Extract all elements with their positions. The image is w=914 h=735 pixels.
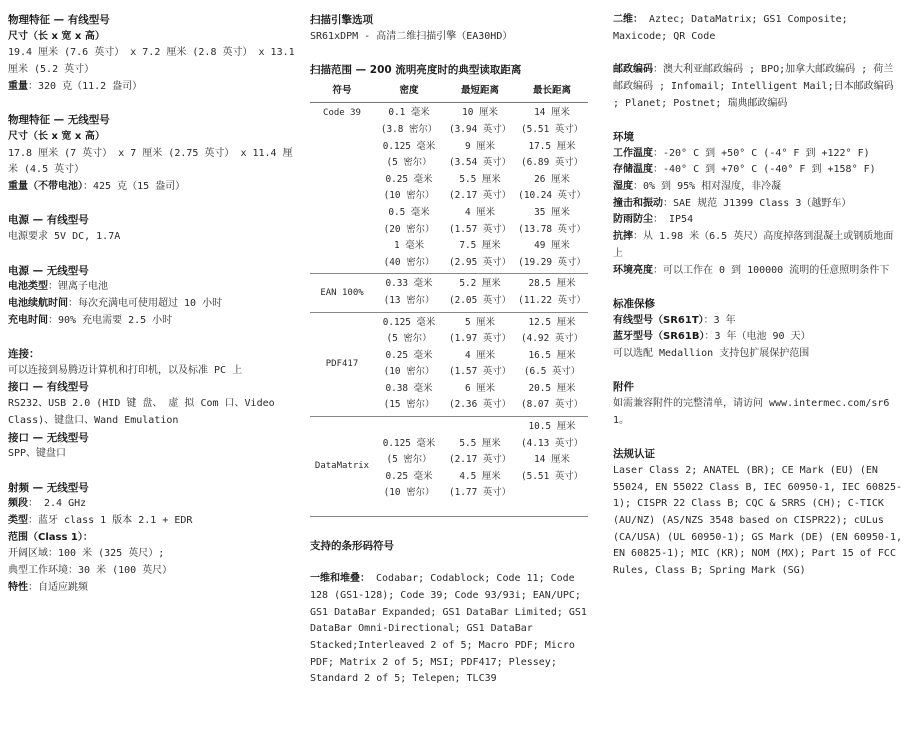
max-cell: 10.5 厘米 (516, 417, 588, 436)
min-cell: 4 厘米 (444, 348, 516, 365)
band-label: 频段 (8, 498, 28, 509)
density-cell: 0.125 毫米 (374, 312, 444, 331)
warranty-bt-label: 蓝牙型号（SR61B） (613, 331, 704, 342)
weight-value: ：320 克（11.2 盎司） (28, 81, 142, 92)
density-cell: 0.1 毫米 (374, 103, 444, 122)
symbol-cell: EAN 100% (310, 274, 374, 312)
weight-value: ：425 克（15 盎司） (83, 181, 185, 192)
min-cell: 9 厘米 (444, 139, 516, 156)
min-cell: 10 厘米 (444, 103, 516, 122)
humidity-value: ：0% 到 95% 相对湿度，非冷凝 (633, 181, 781, 192)
band-line: 频段： 2.4 GHz (8, 496, 298, 513)
max-cell: 12.5 厘米 (516, 312, 588, 331)
storage-temp-label: 存储温度 (613, 164, 653, 175)
symbol-cell: PDF417 (310, 312, 374, 417)
op-temp-label: 工作温度 (613, 148, 653, 159)
table-row: (5 密尔） (3.54 英寸） (6.89 英寸） (310, 155, 588, 172)
min-cell: 7.5 厘米 (444, 238, 516, 255)
ambient-light-line: 环境亮度：可以工作在 0 到 100000 流明的任意照明条件下 (613, 263, 903, 280)
density-cell: 0.125 毫米 (374, 139, 444, 156)
min-cell: 5 厘米 (444, 312, 516, 331)
column-middle: 扫描引擎选项 SR61xDPM - 高清二维扫描引擎（EA30HD） 扫描范围 … (310, 12, 590, 688)
table-row: DataMatrix 0.125 毫米 5.5 厘米 10.5 厘米 (310, 417, 588, 436)
density-cell: (3.8 密尔） (374, 122, 444, 139)
ambient-light-value: ：可以工作在 0 到 100000 流明的任意照明条件下 (653, 265, 889, 276)
density-cell: (5 密尔） (374, 331, 444, 348)
weight-label: 重量（不带电池） (8, 181, 83, 192)
max-cell: 14 厘米 (516, 103, 588, 122)
section-title-engine: 扫描引擎选项 (310, 12, 590, 29)
min-cell: 4.5 厘米 (444, 469, 516, 486)
min-cell: (2.36 英寸） (444, 397, 516, 416)
density-cell: 0.125 毫米 (374, 417, 444, 453)
min-cell: (1.77 英寸） (444, 485, 516, 516)
density-cell: 1 毫米 (374, 238, 444, 255)
min-cell: (1.57 英寸） (444, 222, 516, 239)
storage-temp-value: ：-40° C 到 +70° C (-40° F 到 +158° F) (653, 164, 876, 175)
max-cell: (13.78 英寸） (516, 222, 588, 239)
warranty-bt-line: 蓝牙型号（SR61B）：3 年（电池 90 天） (613, 329, 903, 346)
accessories-text: 如需兼容附件的完整清单，请访问 www.intermec.com/sr61。 (613, 396, 903, 429)
table-row: (40 密尔） (2.95 英寸） (19.29 英寸） (310, 255, 588, 274)
section-title-symbologies: 支持的条形码符号 (310, 538, 590, 555)
min-cell: (3.54 英寸） (444, 155, 516, 172)
min-cell: (1.97 英寸） (444, 331, 516, 348)
table-row: EAN 100% 0.33 毫米 5.2 厘米 28.5 厘米 (310, 274, 588, 293)
drop-label: 抗摔 (613, 231, 633, 242)
humidity-line: 湿度：0% 到 95% 相对湿度，非冷凝 (613, 179, 903, 196)
section-title-warranty: 标准保修 (613, 296, 903, 313)
shock-line: 撞击和振动：SAE 规范 J1399 Class 3（越野车） (613, 196, 903, 213)
max-cell: (19.29 英寸） (516, 255, 588, 274)
min-cell: (2.17 英寸） (444, 452, 516, 469)
max-cell: (4.13 英寸） (516, 436, 588, 453)
sealing-label: 防雨防尘 (613, 214, 653, 225)
density-cell: 0.33 毫米 (374, 274, 444, 293)
engine-text: SR61xDPM - 高清二维扫描引擎（EA30HD） (310, 29, 590, 46)
charge-time-value: ：90% 充电需要 2.5 小时 (48, 315, 172, 326)
interface-wireless-text: SPP、键盘口 (8, 446, 298, 463)
drop-value: ：从 1.98 米（6.5 英尺）高度掉落到混凝土或钢质地面上 (613, 231, 893, 259)
max-cell: (11.22 英寸） (516, 293, 588, 312)
ambient-light-label: 环境亮度 (613, 265, 653, 276)
max-cell: (8.07 英寸） (516, 397, 588, 416)
table-row: (10 密尔） (2.17 英寸） (10.24 英寸） (310, 188, 588, 205)
header-symbol: 符号 (310, 81, 374, 103)
symbol-cell: DataMatrix (310, 417, 374, 517)
min-cell: 5.2 厘米 (444, 274, 516, 293)
battery-life-value: ：每次充满电可使用超过 10 小时 (68, 298, 222, 309)
charge-time-line: 充电时间：90% 充电需要 2.5 小时 (8, 313, 298, 330)
density-cell: 0.25 毫米 (374, 172, 444, 189)
section-title-connect: 连接： (8, 346, 298, 363)
max-cell: 49 厘米 (516, 238, 588, 255)
max-cell: 16.5 厘米 (516, 348, 588, 365)
max-cell: 28.5 厘米 (516, 274, 588, 293)
op-temp-line: 工作温度：-20° C 到 +50° C (-4° F 到 +122° F) (613, 146, 903, 163)
dimensions-label: 尺寸（长 x 宽 x 高） (8, 129, 298, 146)
max-cell: 35 厘米 (516, 205, 588, 222)
battery-type-line: 电池类型：锂离子电池 (8, 279, 298, 296)
density-cell: 0.38 毫米 (374, 381, 444, 398)
table-row: (3.8 密尔） (3.94 英寸） (5.51 英寸） (310, 122, 588, 139)
density-cell: 0.25 毫米 (374, 469, 444, 486)
max-cell: 26 厘米 (516, 172, 588, 189)
density-cell: 0.25 毫米 (374, 348, 444, 365)
density-cell: (20 密尔） (374, 222, 444, 239)
max-cell: 17.5 厘米 (516, 139, 588, 156)
column-left: 物理特征 — 有线型号 尺寸（长 x 宽 x 高） 19.4 厘米 (7.6 英… (8, 12, 298, 597)
interface-wired-title: 接口 — 有线型号 (8, 379, 298, 396)
density-cell: (10 密尔） (374, 364, 444, 381)
density-cell: (40 密尔） (374, 255, 444, 274)
min-cell: (2.95 英寸） (444, 255, 516, 274)
section-title-environment: 环境 (613, 129, 903, 146)
min-cell: 4 厘米 (444, 205, 516, 222)
min-cell: 5.5 厘米 (444, 172, 516, 189)
max-cell: (6.5 英寸） (516, 364, 588, 381)
min-cell: (2.05 英寸） (444, 293, 516, 312)
regulatory-text: Laser Class 2; ANATEL (BR); CE Mark (EU)… (613, 463, 903, 580)
table-row: 1 毫米 7.5 厘米 49 厘米 (310, 238, 588, 255)
twod-symbologies: 二维： Aztec; DataMatrix; GS1 Composite; Ma… (613, 12, 903, 45)
max-cell: (10.24 英寸） (516, 188, 588, 205)
range-open-area: 开阔区域：100 米 (325 英尺）; (8, 546, 298, 563)
max-cell: (6.89 英寸） (516, 155, 588, 172)
max-cell: (4.92 英寸） (516, 331, 588, 348)
max-cell: (5.51 英寸） (516, 469, 588, 517)
column-right: 二维： Aztec; DataMatrix; GS1 Composite; Ma… (613, 12, 903, 580)
battery-type-value: ：锂离子电池 (48, 281, 108, 292)
shock-label: 撞击和振动 (613, 198, 663, 209)
warranty-wired-line: 有线型号（SR61T）：3 年 (613, 313, 903, 330)
dimensions-value: 17.8 厘米 (7 英寸） x 7 厘米 (2.75 英寸） x 11.4 厘… (8, 146, 298, 179)
band-value: ： 2.4 GHz (28, 498, 86, 509)
section-title-phys-wireless: 物理特征 — 无线型号 (8, 112, 298, 129)
feature-label: 特性 (8, 582, 28, 593)
rf-type-line: 类型：蓝牙 class 1 版本 2.1 + EDR (8, 513, 298, 530)
table-row: 0.5 毫米 4 厘米 35 厘米 (310, 205, 588, 222)
section-title-accessories: 附件 (613, 379, 903, 396)
warranty-bt-value: ：3 年（电池 90 天） (704, 331, 810, 342)
sealing-value: ： IP54 (653, 214, 693, 225)
density-cell: (10 密尔） (374, 485, 444, 516)
linear-symbologies: 一维和堆叠： Codabar; Codablock; Code 11; Code… (310, 571, 590, 688)
density-cell: (5 密尔） (374, 452, 444, 469)
section-title-phys-wired: 物理特征 — 有线型号 (8, 12, 298, 29)
op-temp-value: ：-20° C 到 +50° C (-4° F 到 +122° F) (653, 148, 870, 159)
dimensions-label: 尺寸（长 x 宽 x 高） (8, 29, 298, 46)
weight-line: 重量（不带电池）：425 克（15 盎司） (8, 179, 298, 196)
warranty-wired-value: ：3 年 (704, 315, 736, 326)
density-cell: 0.5 毫米 (374, 205, 444, 222)
header-density: 密度 (374, 81, 444, 103)
section-title-power-wireless: 电源 — 无线型号 (8, 263, 298, 280)
weight-line: 重量：320 克（11.2 盎司） (8, 79, 298, 96)
postal-symbologies: 邮政编码：澳大利亚邮政编码 ; BPO;加拿大邮政编码 ; 荷兰邮政编码 ; I… (613, 62, 903, 112)
battery-type-label: 电池类型 (8, 281, 48, 292)
twod-value: Aztec; DataMatrix; GS1 Composite; Maxico… (613, 14, 848, 42)
twod-label: 二维： (613, 14, 643, 25)
min-cell: 6 厘米 (444, 381, 516, 398)
battery-life-line: 电池续航时间：每次充满电可使用超过 10 小时 (8, 296, 298, 313)
table-row: (20 密尔） (1.57 英寸） (13.78 英寸） (310, 222, 588, 239)
feature-value: ：自适应跳频 (28, 582, 88, 593)
dimensions-value: 19.4 厘米 (7.6 英寸） x 7.2 厘米 (2.8 英寸） x 13.… (8, 45, 298, 78)
storage-temp-line: 存储温度：-40° C 到 +70° C (-40° F 到 +158° F) (613, 162, 903, 179)
section-title-scan-range: 扫描范围 — 200 流明亮度时的典型读取距离 (310, 62, 590, 79)
drop-line: 抗摔：从 1.98 米（6.5 英尺）高度掉落到混凝土或钢质地面上 (613, 229, 903, 262)
max-cell: 14 厘米 (516, 452, 588, 469)
max-cell: (5.51 英寸） (516, 122, 588, 139)
charge-time-label: 充电时间 (8, 315, 48, 326)
linear-label: 一维和堆叠： (310, 573, 370, 584)
table-row: 0.25 毫米 5.5 厘米 26 厘米 (310, 172, 588, 189)
section-title-power-wired: 电源 — 有线型号 (8, 212, 298, 229)
header-max-distance: 最长距离 (516, 81, 588, 103)
header-min-distance: 最短距离 (444, 81, 516, 103)
interface-wireless-title: 接口 — 无线型号 (8, 430, 298, 447)
table-row: 0.125 毫米 9 厘米 17.5 厘米 (310, 139, 588, 156)
min-cell: (3.94 英寸） (444, 122, 516, 139)
density-cell: (10 密尔） (374, 188, 444, 205)
density-cell: (5 密尔） (374, 155, 444, 172)
section-title-regulatory: 法规认证 (613, 446, 903, 463)
shock-value: ：SAE 规范 J1399 Class 3（越野车） (663, 198, 851, 209)
battery-life-label: 电池续航时间 (8, 298, 68, 309)
range-typical: 典型工作环境：30 米 (100 英尺） (8, 563, 298, 580)
power-requirement: 电源要求 5V DC, 1.7A (8, 229, 298, 246)
rf-type-label: 类型 (8, 515, 28, 526)
symbol-cell: Code 39 (310, 103, 374, 122)
weight-label: 重量 (8, 81, 28, 92)
min-cell: (1.57 英寸） (444, 364, 516, 381)
max-cell: 20.5 厘米 (516, 381, 588, 398)
table-row: Code 39 0.1 毫米 10 厘米 14 厘米 (310, 103, 588, 122)
warranty-wired-label: 有线型号（SR61T） (613, 315, 704, 326)
connect-text: 可以连接到易腾迈计算机和打印机，以及标准 PC 上 (8, 363, 298, 380)
table-row: PDF417 0.125 毫米 5 厘米 12.5 厘米 (310, 312, 588, 331)
linear-value: Codabar; Codablock; Code 11; Code 128 (G… (310, 573, 587, 684)
postal-label: 邮政编码 (613, 64, 653, 75)
humidity-label: 湿度 (613, 181, 633, 192)
min-cell: (2.17 英寸） (444, 188, 516, 205)
range-label: 范围（Class 1）： (8, 530, 298, 547)
section-title-rf: 射频 — 无线型号 (8, 480, 298, 497)
density-cell: (15 密尔） (374, 397, 444, 416)
medallion-text: 可以选配 Medallion 支持包扩展保护范围 (613, 346, 903, 363)
feature-line: 特性：自适应跳频 (8, 580, 298, 597)
interface-wired-text: RS232、USB 2.0 (HID 键 盘、 虚 拟 Com 口、Video … (8, 396, 298, 429)
postal-value: ：澳大利亚邮政编码 ; BPO;加拿大邮政编码 ; 荷兰邮政编码 ; Infom… (613, 64, 894, 108)
sealing-line: 防雨防尘： IP54 (613, 212, 903, 229)
density-cell: (13 密尔） (374, 293, 444, 312)
min-cell: 5.5 厘米 (444, 417, 516, 453)
scan-range-table: 符号 密度 最短距离 最长距离 Code 39 0.1 毫米 10 厘米 14 … (310, 81, 588, 517)
rf-type-value: ：蓝牙 class 1 版本 2.1 + EDR (28, 515, 192, 526)
